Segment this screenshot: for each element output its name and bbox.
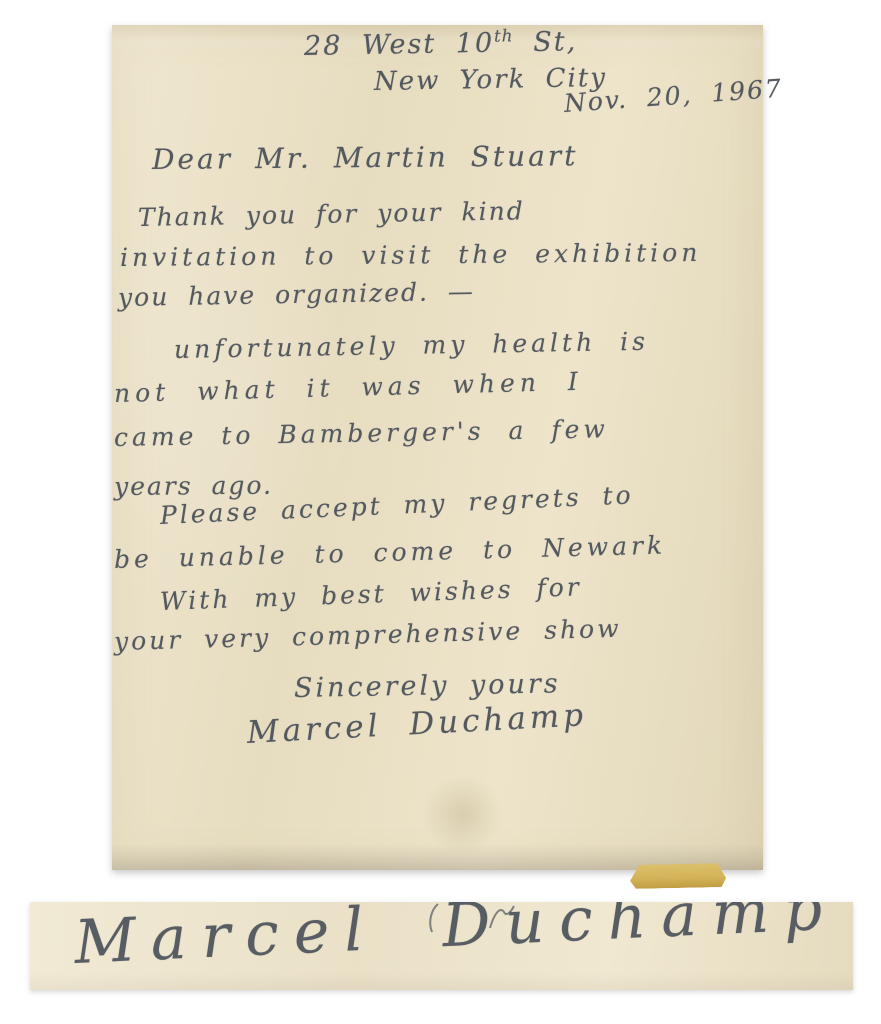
body-line: With my best wishes for [159,572,582,616]
body-line: you have organized. — [118,277,475,312]
body-line: unfortunately my health is [174,327,649,364]
photo-canvas: 28 West 10th St, New York City Nov. 20, … [0,0,881,1024]
paper-stain [424,773,502,857]
address-street-suffix: St, [513,26,577,58]
body-line: be unable to come to Newark [114,531,667,574]
body-line: Thank you for your kind [138,196,525,232]
signature-closeup-strip: Marcel Duchamp [30,902,853,990]
body-line: your very comprehensive show [114,614,622,656]
body-line: not what it was when I [114,367,583,408]
signature-line: Marcel Duchamp [246,697,588,751]
closing-line: Sincerely yours [294,668,561,704]
body-line: invitation to visit the exhibition [120,238,702,272]
salutation-line: Dear Mr. Martin Stuart [152,139,579,176]
tape-fragment [630,863,726,889]
address-line-1: 28 West 10th St, [304,24,578,62]
address-ordinal-suffix: th [494,25,514,45]
address-street: 28 West 10 [304,28,495,62]
body-line: came to Bamberger's a few [114,414,609,452]
letter-page: 28 West 10th St, New York City Nov. 20, … [112,25,763,870]
closeup-signature: Marcel Duchamp [73,902,839,978]
